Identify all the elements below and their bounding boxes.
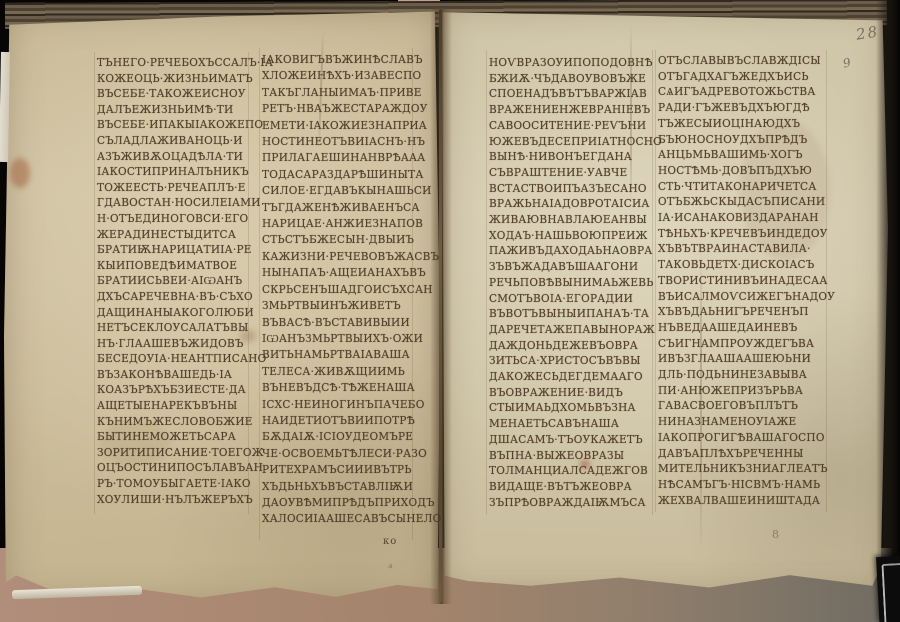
manuscript-line: ВИДАЩЕ·ВЪТЪЖЕОВРА (489, 480, 662, 496)
manuscript-line: ІѠАНЪЗМЬРТВЫИХЪ·ОЖИ (262, 331, 442, 348)
manuscript-line: ЖЕРАДИНЕСТЫДИТСА (97, 227, 273, 243)
manuscript-line: ТАКЪГЛАНЫИМАЪ·ПРИВЕ (262, 84, 442, 101)
manuscript-line: ОЦЪОСТИНИПОСЪЛАВЪАН (97, 461, 273, 477)
ruling-line (486, 50, 487, 515)
dark-object-border-line (881, 563, 900, 622)
manuscript-line: ЗЪВЪЖАДАВЪШААГОНИ (489, 260, 662, 276)
manuscript-line: ВРАЖЕНИЕНЖЕВРАНІЕВЪ (489, 103, 662, 119)
manuscript-line: ХАЛОСИІААШЕСАВЪСЫНЕЛО (262, 511, 442, 528)
manuscript-line: БРАТИѬНАРИЦАТИІА·РЕ (97, 243, 273, 259)
manuscript-line: Н·ОТЪЕДИНОГОВСИ·ЕГО (97, 212, 273, 228)
manuscript-line: ВРАЖЬНАІАДОВРОТАІСИА (489, 197, 662, 213)
manuscript-line: ТОЛМАНЦИАЛСАДЕЖГОВ (489, 464, 662, 480)
manuscript-line: АЗЪЖИВѪОЦАДѢЛА·ТИ (97, 149, 273, 165)
manuscript-line: ДАКОЖЕСЬДЕГДЕМААГО (489, 370, 662, 386)
manuscript-line: ЕМЕТИ·ІАКОЖИЕЗНАПРИА (262, 117, 442, 134)
manuscript-line: СЪЛАДЛАЖИВАНОЦЬ·И (97, 134, 273, 150)
manuscript-line: ДАЖДОНЬДЕЖЕВЪОВРА (489, 338, 662, 354)
manuscript-line: ІАКОВИГЪВЪЖИНѢСЛАВЪ (262, 52, 442, 69)
manuscript-line: ТОДАСАРАЗДАРѢШИНЫТА (262, 167, 442, 184)
manuscript-photo: ТЪНЕГО·РЕЧЕБОХЪССАЛЪ·ІАКОЖЕОЦЬ·ЖИЗНЬИМАТ… (0, 0, 900, 622)
manuscript-line: НИНАЗНАМЕНОУІАЖЕ (658, 415, 835, 431)
manuscript-line: ТАКОВЬДЕТХ·ДИСКОІАСЪ (658, 258, 835, 274)
manuscript-line: САВООСИТЕНИЕ·РЕѴЪНИ (489, 118, 662, 134)
manuscript-line: СКРЬСЕНЪШАДГОИСЪХСАН (262, 281, 442, 298)
manuscript-line: ЖЕХВАЛВАШЕИНИШТАДА (658, 493, 835, 509)
manuscript-line: ДАЛЪЕЖИЗНЬИМѢ·ТИ (97, 102, 273, 118)
manuscript-line: ГДАВОСТАН·НОСИЛЕІАМИ (97, 196, 273, 212)
manuscript-line: ВИТЬНАМЬРТВАІАВАША (262, 347, 442, 364)
manuscript-line: НОСТИНЕОТЪВИІАСНЪ·НЪ (262, 134, 442, 151)
manuscript-line: ТЪЖЕСЫИОЦІНАЮДХЪ (658, 116, 835, 132)
manuscript-line: ГАВАСВОЕГОВЪПЛЪТЪ (658, 399, 835, 415)
manuscript-line: АНЦЬМЬВАШИМЬ·ХОГЪ (658, 148, 835, 164)
text-column-left-page-first: ТЪНЕГО·РЕЧЕБОХЪССАЛЪ·ІАКОЖЕОЦЬ·ЖИЗНЬИМАТ… (97, 56, 273, 508)
manuscript-line: ЗОРИТИПИСАНИЕ·ТОЕГОЖ (97, 446, 273, 462)
manuscript-line: ЗМЬРТВЫИНЪЖИВЕТЪ (262, 298, 442, 315)
manuscript-line: КЪНИМЪЖЕСЛОВОБЖИЕ (97, 414, 273, 430)
parchment-stain (10, 158, 30, 188)
manuscript-line: ВСТАСТВОИПЪАЗЪЕСАНО (489, 181, 662, 197)
manuscript-line: ОТЪГАДХАГЪЖЕДХЪИСЬ (658, 69, 835, 85)
manuscript-line: РАДИ·ГЪЖЕВЪДХЪЮГДѢ (658, 101, 835, 117)
manuscript-line: ВЪПНА·ВЫЖЕОВРАЗЫ (489, 448, 662, 464)
manuscript-line: РИТЕХРАМЪСИИИВЪТРЬ (262, 462, 442, 479)
manuscript-line: ДШАСАМЪ·ТЪОУКАЖЕТЪ (489, 433, 662, 449)
manuscript-line: НАИДЕТИОТЪВИИПОТРѢ (262, 413, 442, 430)
manuscript-line: НЪ·ГЛААШЕВЪЖИДОВЪ (97, 336, 273, 352)
manuscript-line: КОЖЕОЦЬ·ЖИЗНЬИМАТЪ (97, 71, 273, 87)
manuscript-line: БЕСЕДОУІА·НЕАНТПИСАНО (97, 352, 273, 368)
manuscript-line: ТѢНЬХЪ·КРЕЧЕВЪИНДЕДОУ (658, 226, 835, 242)
manuscript-line: ВЪОВРАЖЕНИЕ·ВИДЪ (489, 385, 662, 401)
manuscript-line: СЪВРАШТЕНИЕ·УАВЧЕ (489, 166, 662, 182)
manuscript-line: НАРИЦАЕ·АНЖИЕЗНАПОВ (262, 216, 442, 233)
manuscript-line: ДАОУВѢМИПРѢДЪПРИХОДЪ (262, 495, 442, 512)
manuscript-line: ПАЖИВЪДАХОДАЬНАОВРА (489, 244, 662, 260)
manuscript-line: ВЪНЕВЪДСѢ·ТѢЖЕНАША (262, 380, 442, 397)
manuscript-line: СПОЕНАДЪВЪТЪВАРЖІАВ (489, 87, 662, 103)
manuscript-line: СЪИГНАМПРОУЖДЕГЪВА (658, 336, 835, 352)
manuscript-line: АЩЕТЫЕНАРЕКЪВЪНЫ (97, 399, 273, 415)
manuscript-line: КЫИПОВЕДѢИМАТВОЕ (97, 258, 273, 274)
ruling-line (94, 52, 95, 514)
text-column-right-page-second: ОТЪСЛАВЫВЪСЛАВЖДІСЫОТЪГАДХАГЪЖЕДХЪИСЬСѦИ… (658, 54, 835, 509)
bottom-page-mark: 8 (772, 528, 779, 541)
manuscript-line: НОѴВРАЗОУИПОПОДОВНѢ (489, 56, 662, 72)
column-end-mark: ко (383, 536, 397, 547)
manuscript-line: КАЖИЗНИ·РЕЧЕВОВЪЖАСВЪ (262, 249, 442, 266)
manuscript-line: БѪДАІѪ·ІСІОУДЕОМЪРЕ (262, 429, 442, 446)
manuscript-line: БЫТИНЕМОЖЕТЬСАРА (97, 430, 273, 446)
manuscript-line: МЕНАЕТЬСАВЪНАША (489, 417, 662, 433)
manuscript-line: НЕТЪСЕКЛОУСАЛАТЪВЫ (97, 321, 273, 337)
manuscript-line: ДЛЬ·ПОДЬНИНЕЗАВЫВА (658, 368, 835, 384)
manuscript-line: ХЪДЬНЬХЪВЪСТАВЛІѬИ (262, 478, 442, 495)
text-column-left-page-second: ІАКОВИГЪВЪЖИНѢСЛАВЪХЛОЖЕИНѢХЪ·ИЗАВЕСПОТА… (262, 52, 442, 528)
manuscript-line: ІА·ИСАНАКОВИЗДАРАНАН (658, 211, 835, 227)
manuscript-line: СТЬ·ЧТИТАКОНАРИЧЕТСА (658, 179, 835, 195)
text-column-right-page-first: НОѴВРАЗОУИПОПОДОВНѢБЖИѪ·ЧЪДАВОУВОВЪЖЕСПО… (489, 56, 662, 511)
manuscript-line: ДАЩИНАНЫАКОГОЛЮБИ (97, 305, 273, 321)
manuscript-line: СМОТЪВОІА·ЕГОРАДИИ (489, 291, 662, 307)
manuscript-line: ХОДАЪ·НАШЬВОЮПРЕИЖ (489, 228, 662, 244)
manuscript-line: ЗИТЬСА·ХРИСТОСЪВЪВЫ (489, 354, 662, 370)
manuscript-line: ВЪСЕБЕ·ИПАКЫІАКОЖЕПО (97, 118, 273, 134)
manuscript-line: МИТЕЛЬНИКЪЗНИАГЛЕАТЪ (658, 462, 835, 478)
manuscript-line: ВЪЗАКОНѢВАШЕДЬ·ІА (97, 368, 273, 384)
manuscript-line: ПРИЛАГАЕШИНАНВРѢААА (262, 150, 442, 167)
manuscript-line: СѦИГЪАДРЕВОТОЖЬСТВА (658, 85, 835, 101)
manuscript-line: ОТЪБЖЬСКЫДАСЪПИСАНИ (658, 195, 835, 211)
manuscript-line: РЕЧЬПОВѢВЫНИМАЬЖЕВЬ (489, 276, 662, 292)
manuscript-line: ТЪНЕГО·РЕЧЕБОХЪССАЛЪ·ІА (97, 56, 273, 72)
manuscript-line: РЪ·ТОМОУБЫГАЕТЕ·ІАКО (97, 477, 273, 493)
manuscript-line: ЗЪПРѢОВРАЖДАІѬМЪСА (489, 495, 662, 511)
manuscript-line: ОТЪСЛАВЫВЪСЛАВЖДІСЫ (658, 54, 835, 70)
manuscript-line: ХЪВЪДАЬНИГЪРЕЧЕНЪП (658, 305, 835, 321)
manuscript-line: ЮЖЕВЪДЕСЕПРИІАТНОСНО (489, 134, 662, 150)
manuscript-line: ДАВЪАПЛѢХЪРЕЧЕННЫ (658, 446, 835, 462)
manuscript-line: ТВОРИСТИНИВЪИНАДЕСАА (658, 274, 835, 290)
manuscript-line: ИВЪЗГЛААШААШЕЮЬНИ (658, 352, 835, 368)
manuscript-line: НЪВЕДААШЕДАИНЕВЪ (658, 321, 835, 337)
manuscript-line: ХОУЛИШИ·НЪЛЪЖЕРЪХЪ (97, 492, 273, 508)
manuscript-line: ДХЪСАРЕЧЕВНА·ВЪ·СЪХО (97, 290, 273, 306)
manuscript-line: РЕТЪ·НВАЪЖЕСТАРАЖДОУ (262, 101, 442, 118)
manuscript-line: БЪЮНОСНОУДХЪПРѢДЪ (658, 132, 835, 148)
manuscript-line: БЖИѪ·ЧЪДАВОУВОВЪЖЕ (489, 71, 662, 87)
manuscript-line: ІАКОСТИПРИНАЛЪНИКЪ (97, 165, 273, 181)
manuscript-line: ДАРЕЧЕТАЖЕПАВЫНОРАЖ (489, 323, 662, 339)
manuscript-line: СТЫИМАЬДХОМЬВЪЗНА (489, 401, 662, 417)
manuscript-line: ХЛОЖЕИНѢХЪ·ИЗАВЕСПО (262, 68, 442, 85)
manuscript-line: КОАЗЪРѢХЪБЗИЕСТЕ·ДА (97, 383, 273, 399)
manuscript-line: НЫНАПАЪ·АЩЕИАНАХЪВЪ (262, 265, 442, 282)
manuscript-line: ВЪВАСѢ·ВЪСТАВИВЫИИ (262, 314, 442, 331)
manuscript-line: НѢСАМЪГЪ·НІСВМЪ·НАМЬ (658, 478, 835, 494)
manuscript-line: ВЪСЕБЕ·ТАКОЖЕИСНОУ (97, 87, 273, 103)
manuscript-line: СИЛОЕ·ЕГДАВЪКЫНАШЬСИ (262, 183, 442, 200)
manuscript-line: БРАТИИСЬВЕИ·АІѠАНЪ (97, 274, 273, 290)
manuscript-line: ЖИВАЮВНАВЛАЮЕАНВЫ (489, 213, 662, 229)
manuscript-line: ІАКОПРОГИГѢВАШАГОСПО (658, 431, 835, 447)
manuscript-line: ВЪИСАЛМОѴСИЖЕГЪНАДОУ (658, 289, 835, 305)
manuscript-line: ВЪВОТЪВЫНЫИПАНАЪ·ТА (489, 307, 662, 323)
manuscript-line: ВЫНѢ·НИВОНЪЕГДАНА (489, 150, 662, 166)
manuscript-line: ТОЖЕЕСТЬ·РЕЧЕАПЛЪ·Е (97, 180, 273, 196)
manuscript-line: ЧЕ·ОСВОЕМЬТѢЛЕСИ·РАЗО (262, 445, 442, 462)
manuscript-line: ІСХС·НЕИНОГИНЪПАЧЕБО (262, 396, 442, 413)
manuscript-line: СТЬСТЪБЖЕСЫН·ДВЫИЪ (262, 232, 442, 249)
manuscript-line: ТЪГДАЖЕНѢЖИВАЕНЪСА (262, 199, 442, 216)
manuscript-line: ПИ·АНЮЖЕПРИЗЪРЬВА (658, 383, 835, 399)
manuscript-line: НОСТѢМЬ·ДОВЪПЪДХЪЮ (658, 164, 835, 180)
manuscript-line: ТЕЛЕСА·ЖИВѪЩИИМЬ (262, 363, 442, 380)
fore-edge-shadow (876, 0, 900, 560)
dark-object-corner (876, 556, 900, 622)
manuscript-line: ХЪВЪТВРАИНАСТАВИЛА· (658, 242, 835, 258)
